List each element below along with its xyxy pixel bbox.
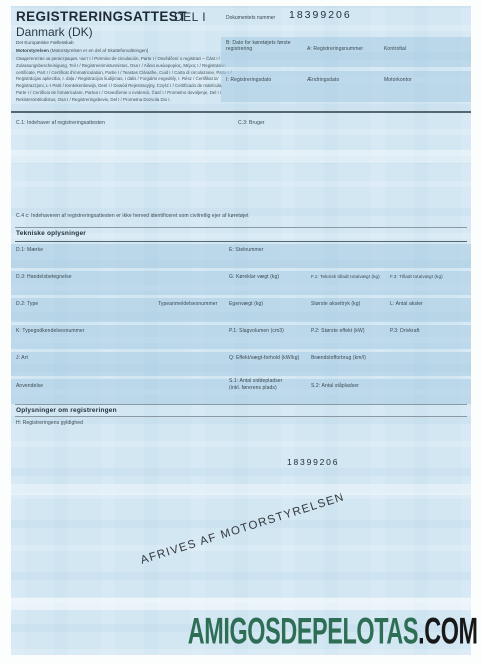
scan-light-strip (11, 150, 471, 163)
technical-section-bottom-line (15, 241, 467, 242)
type-d2-label: D.2: Type (16, 301, 38, 308)
site-watermark: AMIGOSDEPELOTAS.COM (188, 614, 478, 651)
registration-section-heading: Oplysninger om registreringen (16, 407, 117, 414)
header-band-registration-date (221, 71, 471, 102)
make-d1-label: D.1: Mærke (16, 247, 43, 254)
watermark-name: AMIGOSDEPELOTAS (188, 612, 418, 652)
authority-line: Motorstyrelsen (Motorstyrelsen er en del… (16, 48, 148, 54)
power-weight-ratio-q-label: Q: Effekt/vægt-forhold (kW/kg) (229, 355, 299, 362)
permissible-mass-f3-label: F.3: Tilladt totalvægt (kg) (390, 274, 443, 280)
fuel-consumption-label: Brændstofforbrug (km/l) (311, 355, 366, 362)
registration-validity-h-label: H: Registreringens gyldighed (16, 420, 83, 427)
fuel-type-p3-label: P.3: Drivkraft (390, 328, 420, 335)
technical-section-heading: Tekniske oplysninger (16, 230, 86, 237)
type-notification-number-label: Typeanmeldelsesnummer (158, 301, 217, 308)
holder-c4c-note: C.4 c: Indehaveren af registreringsattes… (16, 213, 249, 220)
authority-name: Motorstyrelsen (16, 48, 49, 53)
scan-light-strip (11, 598, 471, 610)
trade-name-d3-label: D.3: Handelsbetegnelse (16, 274, 72, 281)
document-number-label: Dokumentets nummer (226, 15, 275, 21)
standing-places-s2-label: S.2: Antal ståpladser (311, 383, 359, 390)
community-label: Det Europæiske Fællesskab (16, 40, 74, 46)
document-number-value: 18399206 (289, 9, 352, 21)
motor-office-label: Motorkontor (384, 77, 412, 84)
curb-weight-label: Egenvægt (kg) (229, 301, 263, 308)
scan-light-strip (11, 484, 471, 495)
registration-section-top-line (15, 404, 467, 405)
registration-certificate-page: REGISTRERINGSATTEST DEL I Dokumentets nu… (11, 6, 471, 655)
technical-section-top-line (15, 227, 467, 228)
country-name: Danmark (DK) (16, 25, 93, 39)
mass-in-running-order-g-label: G: Køreklar vægt (kg) (229, 274, 279, 281)
authority-note: (Motorstyrelsen er en del af Skatteforva… (49, 48, 148, 53)
registration-section-bottom-line (15, 416, 467, 417)
first-registration-label: B: Dato for køretøjets første registreri… (226, 40, 300, 53)
type-approval-k-label: K: Typegodkendelsesnummer (16, 328, 85, 335)
use-label: Anvendelse (16, 383, 43, 390)
user-c3-label: C.3: Bruger (238, 120, 265, 127)
registration-number-label: A: Registreringsnummer (307, 46, 363, 53)
document-number-bottom: 18399206 (287, 457, 339, 467)
registration-date-label: I: Registreringsdato (226, 77, 271, 84)
axle-count-l-label: L: Antal aksler (390, 301, 423, 308)
max-power-p2-label: P.2: Største effekt (kW) (311, 328, 365, 335)
change-date-label: Ændringsdato (307, 77, 339, 84)
document-title: REGISTRERINGSATTEST (16, 9, 187, 24)
tech-max-mass-f1-label: F.1: Teknisk tilladt totalvægt (kg) (311, 274, 380, 280)
axle-load-label: Største akseltryk (kg) (311, 301, 360, 308)
holder-c1-label: C.1: Indehaver af registreringsattesten (16, 120, 105, 127)
tear-off-note: AFRIVES AF MOTORSTYRELSEN (139, 491, 346, 567)
check-digit-label: Kontroltal (384, 46, 406, 53)
multilingual-titles: Свидетелство за регистрация, част I / Pe… (16, 56, 232, 104)
engine-capacity-p1-label: P.1: Slagvolumen (cm3) (229, 328, 284, 335)
vehicle-category-j-label: J: Art (16, 355, 28, 362)
header-divider-line (11, 111, 471, 113)
document-part-label: DEL I (174, 10, 206, 24)
seat-count-s1-label: S.1: Antal siddepladser (inkl. førerens … (229, 378, 295, 391)
watermark-tld: .COM (418, 612, 478, 652)
vin-e-label: E: Stelnummer (229, 247, 263, 254)
